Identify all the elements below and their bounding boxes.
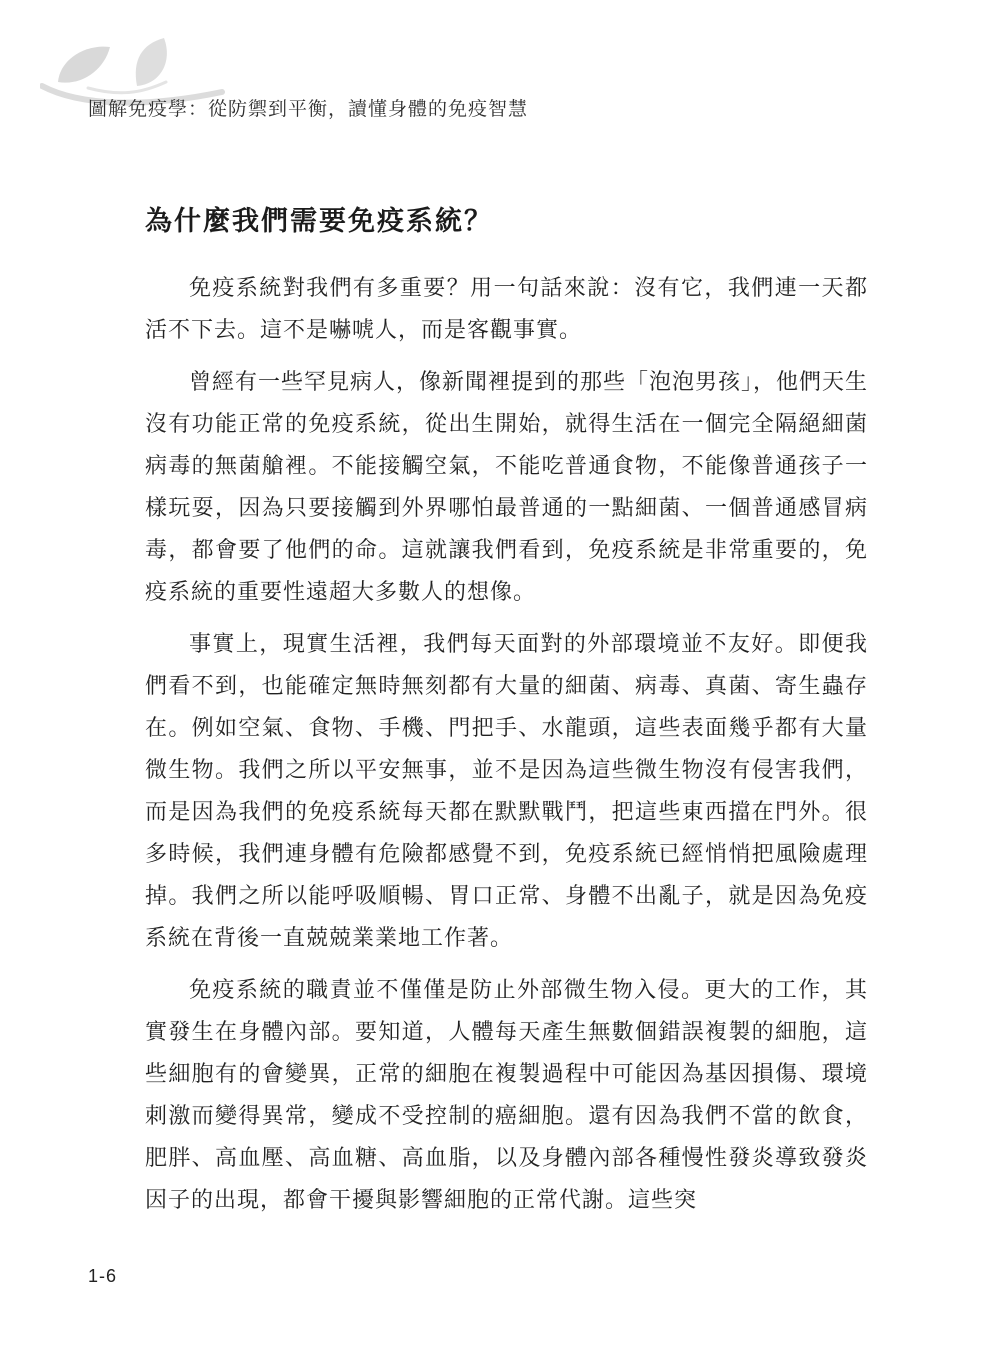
page-number: 1-6 [88, 1266, 117, 1287]
book-page: 圖解免疫學：從防禦到平衡，讀懂身體的免疫智慧 為什麼我們需要免疫系統？ 免疫系統… [0, 0, 1000, 1353]
paragraph-2: 曾經有一些罕見病人，像新聞裡提到的那些「泡泡男孩」，他們天生沒有功能正常的免疫系… [145, 361, 868, 613]
running-header: 圖解免疫學：從防禦到平衡，讀懂身體的免疫智慧 [88, 94, 528, 121]
section-heading: 為什麼我們需要免疫系統？ [145, 203, 868, 239]
paragraph-1: 免疫系統對我們有多重要？用一句話來說：沒有它，我們連一天都活不下去。這不是嚇唬人… [145, 267, 868, 351]
page-content: 為什麼我們需要免疫系統？ 免疫系統對我們有多重要？用一句話來說：沒有它，我們連一… [145, 203, 868, 1231]
paragraph-4: 免疫系統的職責並不僅僅是防止外部微生物入侵。更大的工作，其實發生在身體內部。要知… [145, 969, 868, 1221]
paragraph-3: 事實上，現實生活裡，我們每天面對的外部環境並不友好。即便我們看不到，也能確定無時… [145, 623, 868, 959]
